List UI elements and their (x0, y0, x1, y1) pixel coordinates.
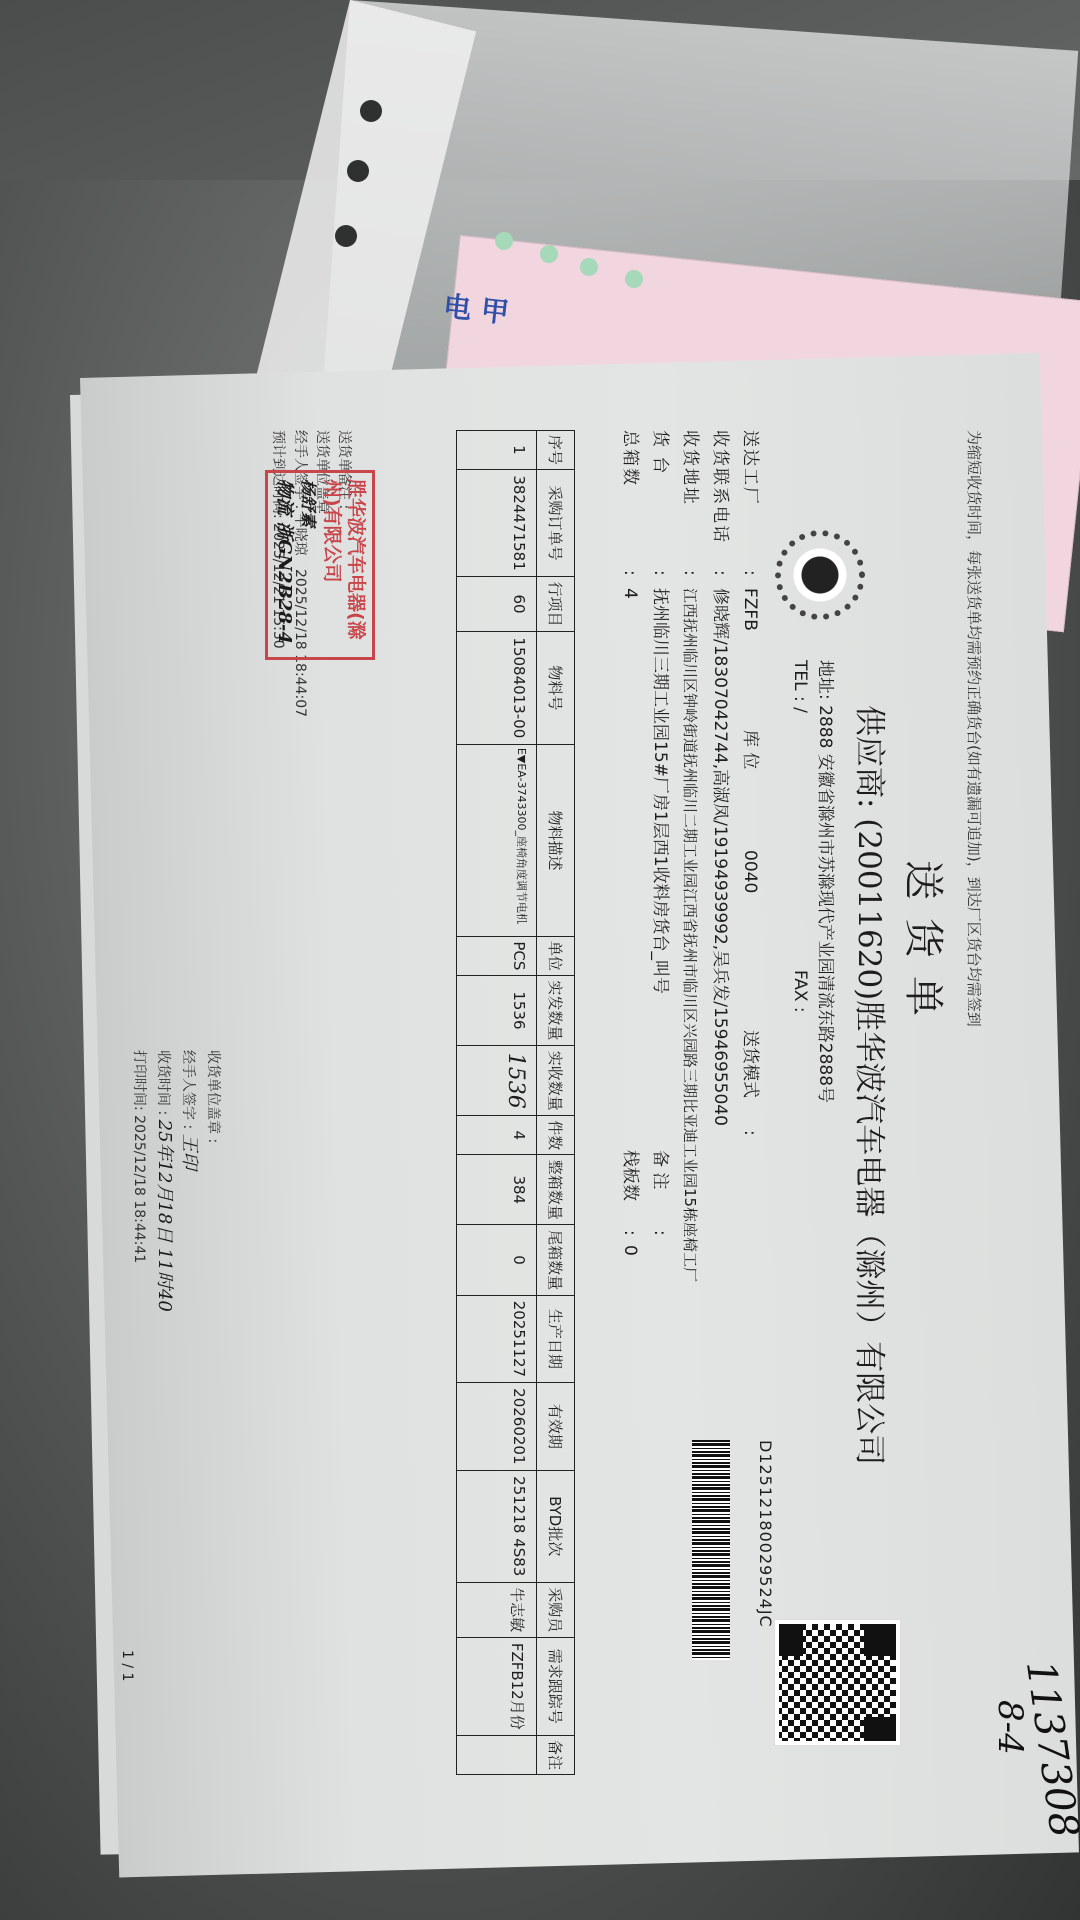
table-cell: E▼EA-3743300_座椅角度调节电机 (457, 744, 537, 936)
table-header-cell: 实收数量 (537, 1046, 575, 1116)
supplier-tel: TEL : / (790, 660, 810, 713)
supplier-name: 供应商: (20011620)胜华波汽车电器（滁州）有限公司 (850, 705, 895, 1465)
table-cell: 15084013-00 (457, 631, 537, 744)
receiver-time-label: 收货时间 (155, 1050, 171, 1106)
remark-label: 备 注 (645, 1150, 675, 1189)
table-cell: 251218 4S83 (457, 1470, 537, 1582)
supplier-address: 地址: 2888 安徽省滁州市苏滁现代产业园清流东路2888号 (815, 660, 840, 1103)
table-cell: 1 (457, 431, 537, 470)
print-time-value: 2025/12/18 18:44:41 (131, 1115, 147, 1263)
table-cell: 384 (457, 1155, 537, 1225)
pallets-value: 0 (615, 1245, 645, 1256)
receiver-section: 收货单位盖章 : 经手人签字 : 王印 收货时间 : 25年12月18日 11时… (127, 1050, 225, 1312)
pink-form-hole (580, 258, 598, 276)
table-cell: PCS (457, 936, 537, 975)
handwritten-logistics-note: 物流 浙GN2B28-4 (272, 479, 296, 651)
table-header-cell: 备注 (537, 1736, 575, 1775)
binder-hole (347, 160, 369, 182)
receiver-time-value: 25年12月18日 11时40 (154, 1120, 175, 1312)
barcode-icon (692, 1440, 730, 1660)
pink-form-hole (625, 270, 643, 288)
binder-hole (360, 100, 382, 122)
table-header-row: 序号采购订单号行项目物料号物料描述单位实发数量实收数量件数整箱数量尾箱数量生产日… (537, 431, 575, 1775)
table-cell (457, 1736, 537, 1775)
delivery-note: 为缩短收货时间，每张送货单均需预约正确货台(如有遗漏可追加)，到达厂区货台均需签… (95, 430, 1015, 1820)
table-cell: FZFB12月份 (457, 1637, 537, 1736)
table-header-cell: 生产日期 (537, 1295, 575, 1382)
table-header-cell: 尾箱数量 (537, 1225, 575, 1295)
table-cell: 牛志敏 (457, 1582, 537, 1637)
table-body: 138244715816015084013-00E▼EA-3743300_座椅角… (457, 431, 537, 1775)
total-boxes-value: 4 (615, 588, 645, 599)
table-header-cell: 实发数量 (537, 975, 575, 1045)
table-cell: 60 (457, 577, 537, 632)
document-title: 送货单 (898, 860, 955, 1034)
print-time-label: 打印时间 (131, 1050, 147, 1106)
notice-text: 为缩短收货时间，每张送货单均需预约正确货台(如有遗漏可追加)，到达厂区货台均需签… (963, 430, 985, 1330)
table-cell: 3824471581 (457, 469, 537, 576)
table-header-cell: 物料描述 (537, 744, 575, 936)
dock-label: 货 台 (645, 430, 675, 550)
contact-value: 修晓辉/18307042744,高淑凤/19194939992,吴兵发/1594… (705, 588, 735, 1126)
table-header-cell: 单位 (537, 936, 575, 975)
items-table: 序号采购订单号行项目物料号物料描述单位实发数量实收数量件数整箱数量尾箱数量生产日… (456, 430, 575, 1775)
wechat-mini-program-code-icon (775, 530, 865, 620)
table-cell: 0 (457, 1225, 537, 1295)
total-boxes-label: 总箱数 (615, 430, 645, 550)
receiver-stamp-label: 收货单位盖章 (205, 1050, 221, 1134)
address-label: 收货地址 (675, 430, 705, 550)
factory-value: FZFB (735, 588, 765, 631)
factory-label: 送达工厂 (735, 430, 765, 550)
document-number: D12512180029524JC (756, 1440, 775, 1628)
table-header-cell: 件数 (537, 1116, 575, 1155)
table-cell: 1536 (457, 1046, 537, 1116)
table-header-cell: 需求跟踪号 (537, 1637, 575, 1736)
pink-form-text: 电 甲 (442, 285, 512, 332)
location-value: 0040 (735, 850, 765, 893)
location-label: 库 位 (735, 730, 765, 769)
delivery-mode-label: 送货模式 (735, 1030, 765, 1098)
contact-label: 收货联系电话 (705, 430, 735, 550)
table-header-cell: 采购员 (537, 1582, 575, 1637)
table-header-cell: 物料号 (537, 631, 575, 744)
binder-hole (335, 225, 357, 247)
table-header-cell: 整箱数量 (537, 1155, 575, 1225)
pink-form-hole (495, 232, 513, 250)
stamp-text: 胜华波汽车电器(滁州)有限公司 (320, 479, 368, 651)
table-cell: 4 (457, 1116, 537, 1155)
receiver-signature: 王印 (179, 1134, 200, 1170)
table-cell: 1536 (457, 975, 537, 1045)
table-row: 138244715816015084013-00E▼EA-3743300_座椅角… (457, 431, 537, 1775)
pallets-label: 栈板数 (615, 1150, 645, 1201)
qr-code-icon (775, 1620, 900, 1745)
dock-value: 抚州临川三期工业园15#厂房1层西1收料房货台_叫号 (645, 588, 675, 994)
stamp-signature: 杨舒素 (296, 479, 320, 651)
table-header-cell: 有效期 (537, 1383, 575, 1470)
pink-form-hole (540, 245, 558, 263)
table-header-cell: 序号 (537, 431, 575, 470)
table-header-cell: 采购订单号 (537, 469, 575, 576)
company-stamp: 胜华波汽车电器(滁州)有限公司 杨舒素 物流 浙GN2B28-4 (265, 470, 375, 660)
page-number: 1 / 1 (119, 1650, 135, 1681)
supplier-fax: FAX : (790, 970, 810, 1013)
table-header-cell: BYD批次 (537, 1470, 575, 1582)
table-cell: 20251127 (457, 1295, 537, 1382)
table-header-cell: 行项目 (537, 577, 575, 632)
address-value: 江西抚州临川区钟岭街道抚州临川二期工业园江西省抚州市临川区兴园路三期比亚迪工业园… (675, 588, 705, 1282)
table-cell: 20260201 (457, 1383, 537, 1470)
handwritten-sub-number: 8-4 (990, 1700, 1030, 1755)
receiver-signer-label: 经手人签字 (180, 1050, 196, 1120)
